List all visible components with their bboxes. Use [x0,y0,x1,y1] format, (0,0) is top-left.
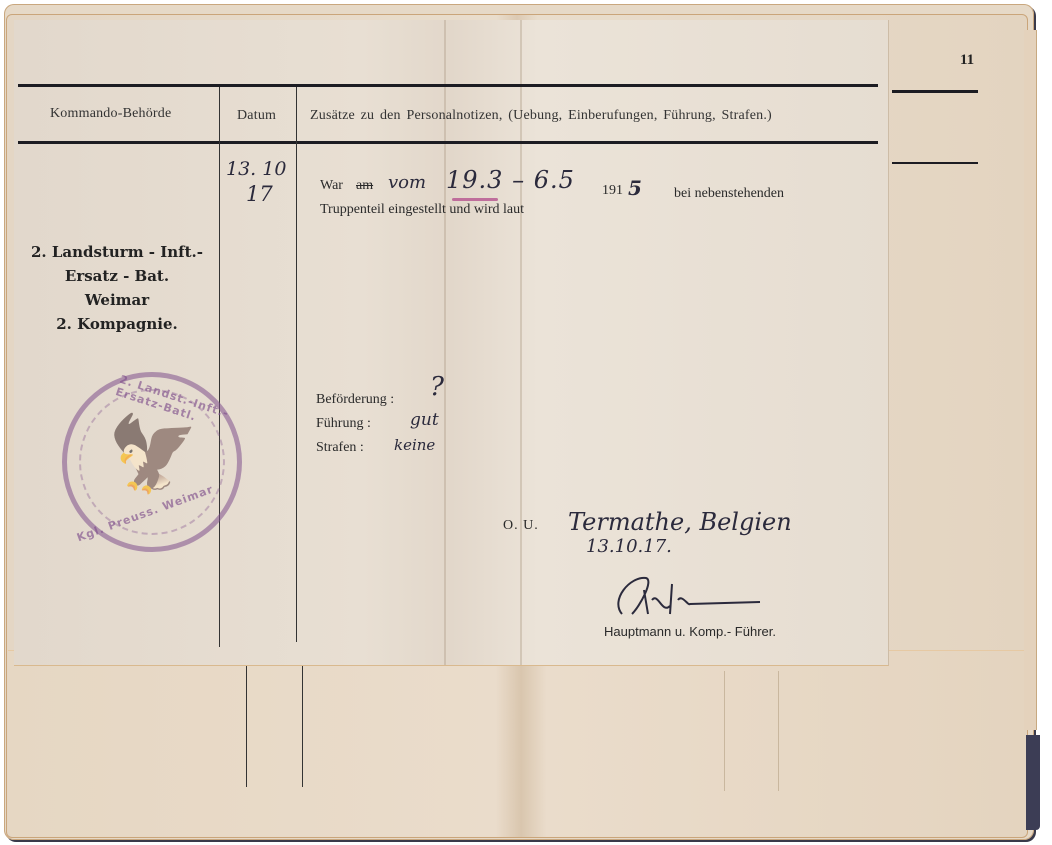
header-zusaetze: Zusätze zu den Personalnotizen, (Uebung,… [310,108,772,124]
unit-line-1: 2. Landsturm - Inft.- [14,240,220,264]
official-stamp: 🦅 2. Landst.-Inft.-Ersatz-Batl. Kgl. Pre… [62,372,242,552]
befoerderung-value: ? [430,372,444,402]
entry-vom: vom [388,172,426,193]
faint-column-line [724,671,725,791]
unit-name: 2. Landsturm - Inft.- Ersatz - Bat. Weim… [14,240,220,336]
strafen-value: keine [394,436,435,454]
signature-icon [610,570,770,620]
column-divider-2 [296,87,297,642]
entry-line-2: Truppenteil eingestellt und wird laut [320,202,524,218]
unit-line-2: Ersatz - Bat. [14,264,220,288]
column-divider-1 [219,87,220,647]
entry-date-day-month: 13. 10 [226,158,286,180]
entry-year-printed: 191 [602,183,623,199]
fuehrung-label: Führung : [316,416,371,432]
befoerderung-label: Beförderung : [316,392,394,408]
right-bottom-rule [892,162,978,164]
page-number: 11 [960,52,974,69]
column-line [302,659,303,787]
column-line [246,659,247,787]
header-bottom-rule [18,141,878,144]
eagle-icon: 🦅 [107,413,197,498]
unit-line-4: 2. Kompagnie. [14,312,220,336]
pink-underline [452,198,498,201]
entry-war: War [320,178,343,194]
lower-page [8,650,1024,837]
faint-column-line [778,671,779,791]
signature-date: 13.10.17. [586,536,672,557]
cover-edge [1026,735,1040,830]
header-kommando-behoerde: Kommando-Behörde [50,106,171,122]
entry-bei-nebenstehenden: bei nebenstehenden [674,186,784,202]
strafen-label: Strafen : [316,440,364,456]
header-datum: Datum [237,108,276,124]
page-edge [1024,30,1037,730]
header-top-rule [18,84,878,87]
entry-year-hand: 5 [628,176,642,200]
right-top-rule [892,90,978,93]
fuehrung-value: gut [410,410,439,430]
entry-date-year: 17 [246,182,273,206]
entry-dates: 19.3 – 6.5 [446,166,575,194]
signature-title: Hauptmann u. Komp.- Führer. [604,624,776,639]
entry-struck-am: am [356,178,373,194]
unit-line-3: Weimar [14,288,220,312]
signature-place: Termathe, Belgien [568,508,792,536]
ou-label: O. U. [503,518,539,534]
